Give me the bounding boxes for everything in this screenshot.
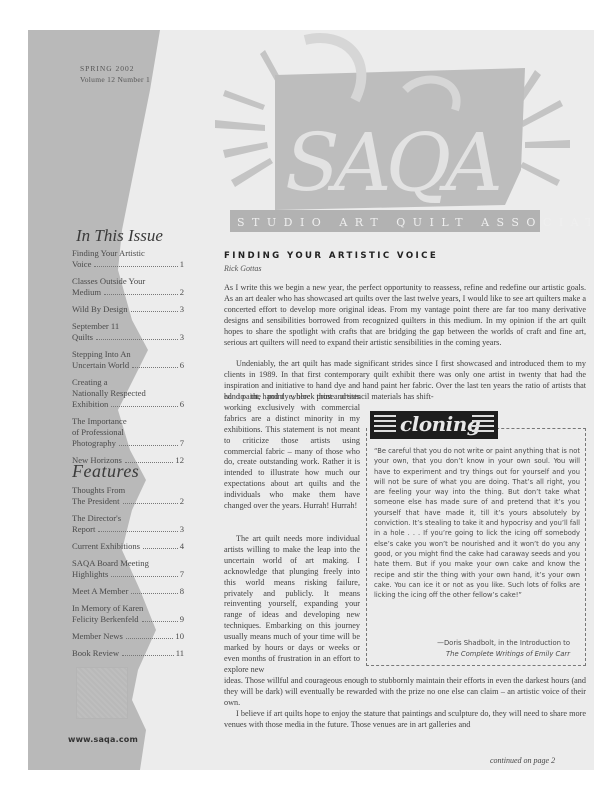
toc-entry-page: 7 xyxy=(180,438,184,449)
toc-entry[interactable]: SAQA Board MeetingHighlights7 xyxy=(72,558,184,580)
toc-entry-title: Uncertain World xyxy=(72,360,129,371)
toc-entry[interactable]: Creating aNationally RespectedExhibition… xyxy=(72,377,184,410)
toc-entry-title-line: Thoughts From xyxy=(72,485,184,496)
toc-entry-title-line: The Director's xyxy=(72,513,184,524)
toc-entry[interactable]: Thoughts FromThe President2 xyxy=(72,485,184,507)
leader-dots xyxy=(123,503,178,504)
toc-entry-title: Current Exhibitions xyxy=(72,541,140,552)
issue-volume: Volume 12 Number 1 xyxy=(80,74,150,85)
leader-dots xyxy=(131,593,177,594)
quote-text: “Be careful that you do not write or pai… xyxy=(374,446,580,600)
toc-entry-page: 6 xyxy=(180,399,184,410)
attribution-book: The Complete Writings of Emily Carr xyxy=(414,649,570,660)
toc-entry-title: Wild By Design xyxy=(72,304,128,315)
quote-attribution: —Doris Shadbolt, in the Introduction to … xyxy=(414,638,584,659)
article-paragraph: ideas. Those willful and courageous enou… xyxy=(224,676,586,709)
toc-entry-page: 9 xyxy=(180,614,184,625)
leader-dots xyxy=(126,638,174,639)
toc-entry[interactable]: Book Review11 xyxy=(72,648,184,659)
continued-link[interactable]: continued on page 2 xyxy=(490,756,555,765)
issue-season: SPRING 2002 xyxy=(80,63,150,74)
toc-entry-title-line: SAQA Board Meeting xyxy=(72,558,184,569)
toc-entry-title: Member News xyxy=(72,631,123,642)
toc-entry-page: 6 xyxy=(180,360,184,371)
toc-entry-title-line: Stepping Into An xyxy=(72,349,184,360)
toc-entry[interactable]: Finding Your ArtisticVoice1 xyxy=(72,248,184,270)
leader-dots xyxy=(111,406,177,407)
toc-entry[interactable]: Current Exhibitions4 xyxy=(72,541,184,552)
leader-dots xyxy=(132,367,178,368)
toc-entry[interactable]: In Memory of KarenFelicity Berkenfeld9 xyxy=(72,603,184,625)
toc-entry-title: Exhibition xyxy=(72,399,108,410)
toc-entry-title-line: of Professional xyxy=(72,427,184,438)
stripes-icon xyxy=(374,415,396,435)
toc-entry-page: 11 xyxy=(176,648,184,659)
toc-entry-page: 8 xyxy=(180,586,184,597)
leader-dots xyxy=(111,576,177,577)
leader-dots xyxy=(96,339,178,340)
toc-entry-title: Book Review xyxy=(72,648,119,659)
toc-entry-title: Medium xyxy=(72,287,101,298)
leader-dots xyxy=(131,311,178,312)
leader-dots xyxy=(94,266,177,267)
toc-entry-page: 4 xyxy=(180,541,184,552)
stamp-graphic xyxy=(76,667,128,719)
toc-entry-title-line: September 11 xyxy=(72,321,184,332)
leader-dots xyxy=(98,531,177,532)
saqa-logo: SAQA STUDIO ART QUILT ASSOCIATES xyxy=(205,30,590,240)
stripes-icon xyxy=(472,415,494,435)
toc-entry-title: The President xyxy=(72,496,120,507)
article-paragraph: ed to the point where those artists work… xyxy=(224,392,360,512)
toc-entry-title: Quilts xyxy=(72,332,93,343)
features-heading: Features xyxy=(72,461,139,482)
toc-entry-title-line: Classes Outside Your xyxy=(72,276,184,287)
toc-entry-page: 3 xyxy=(180,524,184,535)
issue-info: SPRING 2002 Volume 12 Number 1 xyxy=(80,63,150,85)
features-list: Thoughts FromThe President2The Director'… xyxy=(72,485,184,665)
leader-dots xyxy=(119,445,178,446)
organization-name: STUDIO ART QUILT ASSOCIATES xyxy=(237,216,590,229)
toc-entry[interactable]: Meet A Member8 xyxy=(72,586,184,597)
banner-word: cloning xyxy=(400,411,468,437)
toc-entry-title-line: Nationally Respected xyxy=(72,388,184,399)
leader-dots xyxy=(143,548,178,549)
cloning-banner: cloning xyxy=(370,411,498,439)
website-link[interactable]: www.saqa.com xyxy=(68,735,138,744)
toc-heading: In This Issue xyxy=(76,226,163,246)
toc-entry-title-line: Finding Your Artistic xyxy=(72,248,184,259)
leader-dots xyxy=(122,655,174,656)
toc-entry[interactable]: Wild By Design3 xyxy=(72,304,184,315)
toc-entry-title: Report xyxy=(72,524,95,535)
toc-entry[interactable]: Member News10 xyxy=(72,631,184,642)
article-byline: Rick Gottas xyxy=(224,264,262,273)
toc-entry-page: 7 xyxy=(180,569,184,580)
toc-entry-page: 2 xyxy=(180,496,184,507)
toc-list: Finding Your ArtisticVoice1Classes Outsi… xyxy=(72,248,184,472)
toc-entry[interactable]: The Importanceof ProfessionalPhotography… xyxy=(72,416,184,449)
toc-entry-page: 10 xyxy=(175,631,184,642)
leader-dots xyxy=(142,621,178,622)
article-paragraph: The art quilt needs more individual arti… xyxy=(224,534,360,676)
toc-entry-title: Highlights xyxy=(72,569,108,580)
toc-entry-page: 12 xyxy=(175,455,184,466)
toc-entry[interactable]: Classes Outside YourMedium2 xyxy=(72,276,184,298)
article-paragraph: As I write this we begin a new year, the… xyxy=(224,283,586,348)
toc-entry-page: 2 xyxy=(180,287,184,298)
toc-entry-title: Photography xyxy=(72,438,116,449)
toc-entry-page: 1 xyxy=(180,259,184,270)
leader-dots xyxy=(104,294,178,295)
toc-entry[interactable]: Stepping Into AnUncertain World6 xyxy=(72,349,184,371)
toc-entry-page: 3 xyxy=(180,332,184,343)
article-paragraph: I believe if art quilts hope to enjoy th… xyxy=(224,709,586,731)
toc-entry[interactable]: September 11Quilts3 xyxy=(72,321,184,343)
toc-entry-title: Voice xyxy=(72,259,91,270)
toc-entry-title: Felicity Berkenfeld xyxy=(72,614,139,625)
toc-entry-title-line: The Importance xyxy=(72,416,184,427)
attribution-author: —Doris Shadbolt, in the Introduction to xyxy=(437,639,570,647)
toc-entry-title-line: In Memory of Karen xyxy=(72,603,184,614)
toc-entry-page: 3 xyxy=(180,304,184,315)
article-title: FINDING YOUR ARTISTIC VOICE xyxy=(224,251,438,261)
logo-text: SAQA xyxy=(285,116,499,209)
toc-entry[interactable]: The Director'sReport3 xyxy=(72,513,184,535)
toc-entry-title-line: Creating a xyxy=(72,377,184,388)
toc-entry-title: Meet A Member xyxy=(72,586,128,597)
